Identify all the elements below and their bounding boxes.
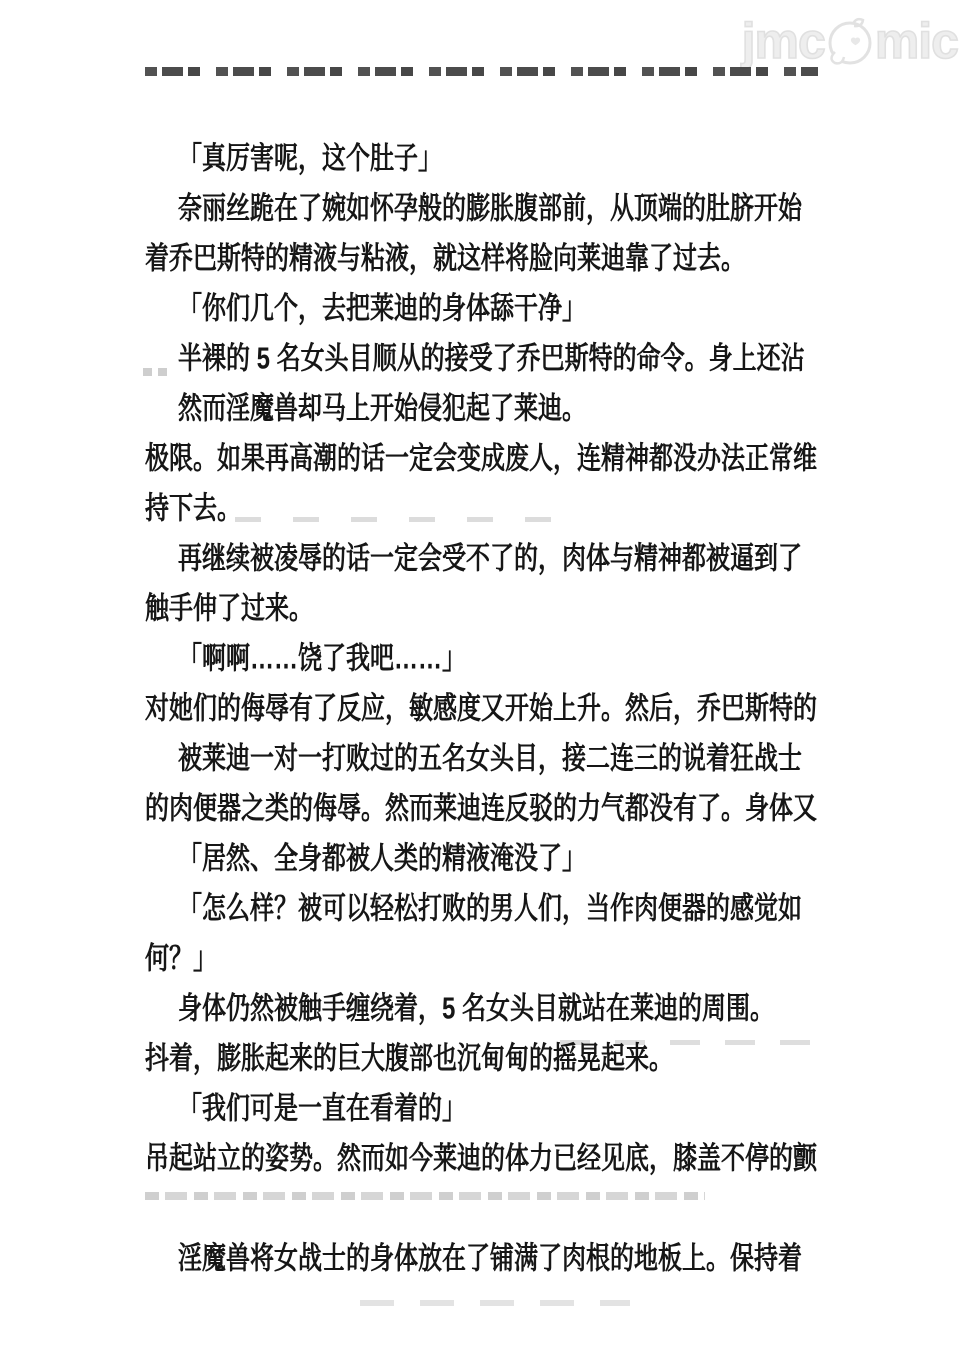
text-line-content: 极限。如果再高潮的话一定会变成废人，连精神都没办法正常维	[145, 427, 817, 491]
watermark-text-right: mic	[875, 12, 958, 70]
watermark-text-left: jmc	[742, 12, 825, 70]
text-line-content: 「怎么样？被可以轻松打败的男人们，当作肉便器的感觉如	[178, 877, 802, 941]
scanned-page: jmc mic 「真厉害呢，这个肚子」 奈丽丝跪在了婉如怀孕般的膨胀腹部前，从顶…	[0, 0, 960, 1358]
text-line-content: 淫魔兽将女战士的身体放在了铺满了肉根的地板上。保持着	[178, 1227, 802, 1291]
text-line: 吊起站立的姿势。然而如今莱迪的体力已经见底，膝盖不停的颤	[145, 1135, 823, 1185]
body-text: 「真厉害呢，这个肚子」 奈丽丝跪在了婉如怀孕般的膨胀腹部前，从顶端的肚脐开始 着…	[145, 135, 823, 1285]
jmcomic-watermark: jmc mic	[742, 12, 958, 70]
text-line: 「怎么样？被可以轻松打败的男人们，当作肉便器的感觉如	[145, 885, 823, 935]
clipped-text-top-edge	[145, 67, 818, 76]
text-line-content: 吊起站立的姿势。然而如今莱迪的体力已经见底，膝盖不停的颤	[145, 1127, 817, 1191]
scan-smudge	[360, 1300, 630, 1306]
text-line: 极限。如果再高潮的话一定会变成废人，连精神都没办法正常维	[145, 435, 823, 485]
fish-logo-icon	[822, 13, 878, 69]
text-line: 淫魔兽将女战士的身体放在了铺满了肉根的地板上。保持着	[145, 1235, 823, 1285]
